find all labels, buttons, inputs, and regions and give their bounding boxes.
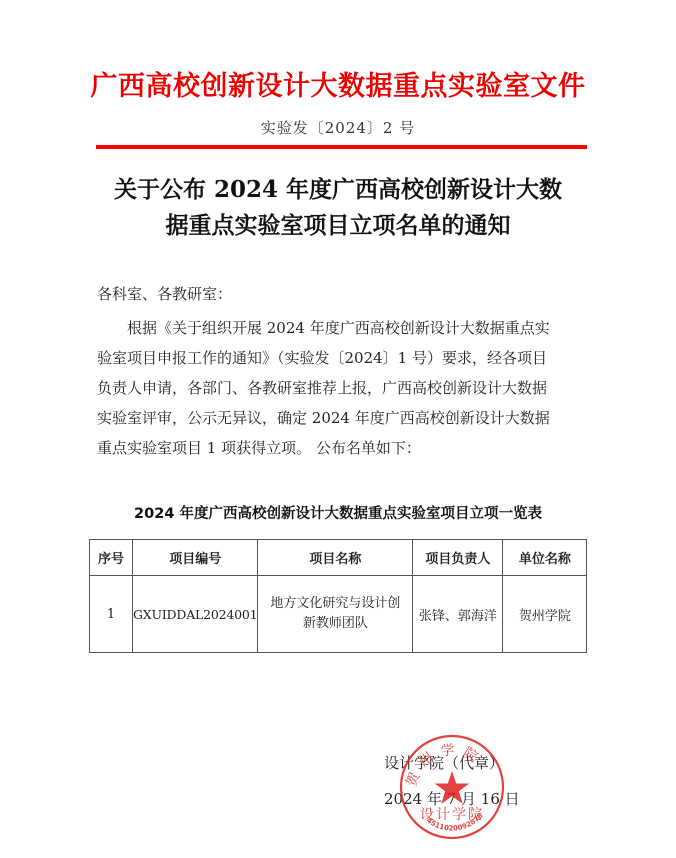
body-line: 重点实验室项目 1 项获得立项。 公布名单如下：: [97, 433, 592, 463]
cell-project-leader: 张锋、郭海洋: [413, 576, 503, 653]
header-project-code: 项目编号: [133, 540, 258, 576]
table-header-row: 序号 项目编号 项目名称 项目负责人 单位名称: [90, 540, 587, 576]
salutation: 各科室、各教研室：: [97, 283, 232, 304]
title-line-1: 关于公布 2024 年度广西高校创新设计大数: [0, 172, 676, 208]
header-project-leader: 项目负责人: [413, 540, 503, 576]
official-seal-icon: 贺州学院 设计学院 4511020092878: [398, 733, 506, 841]
seal-top-text: 贺州学院: [403, 743, 487, 789]
project-name-line-1: 地方文化研究与设计创: [258, 594, 412, 614]
document-number: 实验发〔2024〕2 号: [0, 117, 676, 138]
header-project-name: 项目名称: [258, 540, 413, 576]
header-unit-name: 单位名称: [503, 540, 587, 576]
project-name-line-2: 新教师团队: [258, 614, 412, 634]
body-line: 负责人申请，各部门、各教研室推荐上报，广西高校创新设计大数据: [97, 373, 592, 403]
body-line: 根据《关于组织开展 2024 年度广西高校创新设计大数据重点实: [97, 313, 592, 343]
red-header-divider: [96, 145, 587, 149]
table-caption: 2024 年度广西高校创新设计大数据重点实验室项目立项一览表: [0, 502, 676, 523]
cell-index: 1: [90, 576, 133, 653]
document-title: 关于公布 2024 年度广西高校创新设计大数 据重点实验室项目立项名单的通知: [0, 172, 676, 244]
cell-unit-name: 贺州学院: [503, 576, 587, 653]
organization-header: 广西高校创新设计大数据重点实验室文件: [0, 64, 676, 103]
body-line: 实验室评审，公示无异议，确定 2024 年度广西高校创新设计大数据: [97, 403, 592, 433]
seal-star-icon: [435, 771, 470, 804]
body-line: 验室项目申报工作的通知》（实验发〔2024〕1 号）要求，经各项目: [97, 343, 592, 373]
cell-project-name: 地方文化研究与设计创 新教师团队: [258, 576, 413, 653]
project-table: 序号 项目编号 项目名称 项目负责人 单位名称 1 GXUIDDAL202400…: [89, 539, 587, 653]
title-line-2: 据重点实验室项目立项名单的通知: [0, 208, 676, 244]
body-paragraph: 根据《关于组织开展 2024 年度广西高校创新设计大数据重点实 验室项目申报工作…: [97, 313, 592, 463]
table-row: 1 GXUIDDAL2024001 地方文化研究与设计创 新教师团队 张锋、郭海…: [90, 576, 587, 653]
cell-project-code: GXUIDDAL2024001: [133, 576, 258, 653]
header-index: 序号: [90, 540, 133, 576]
